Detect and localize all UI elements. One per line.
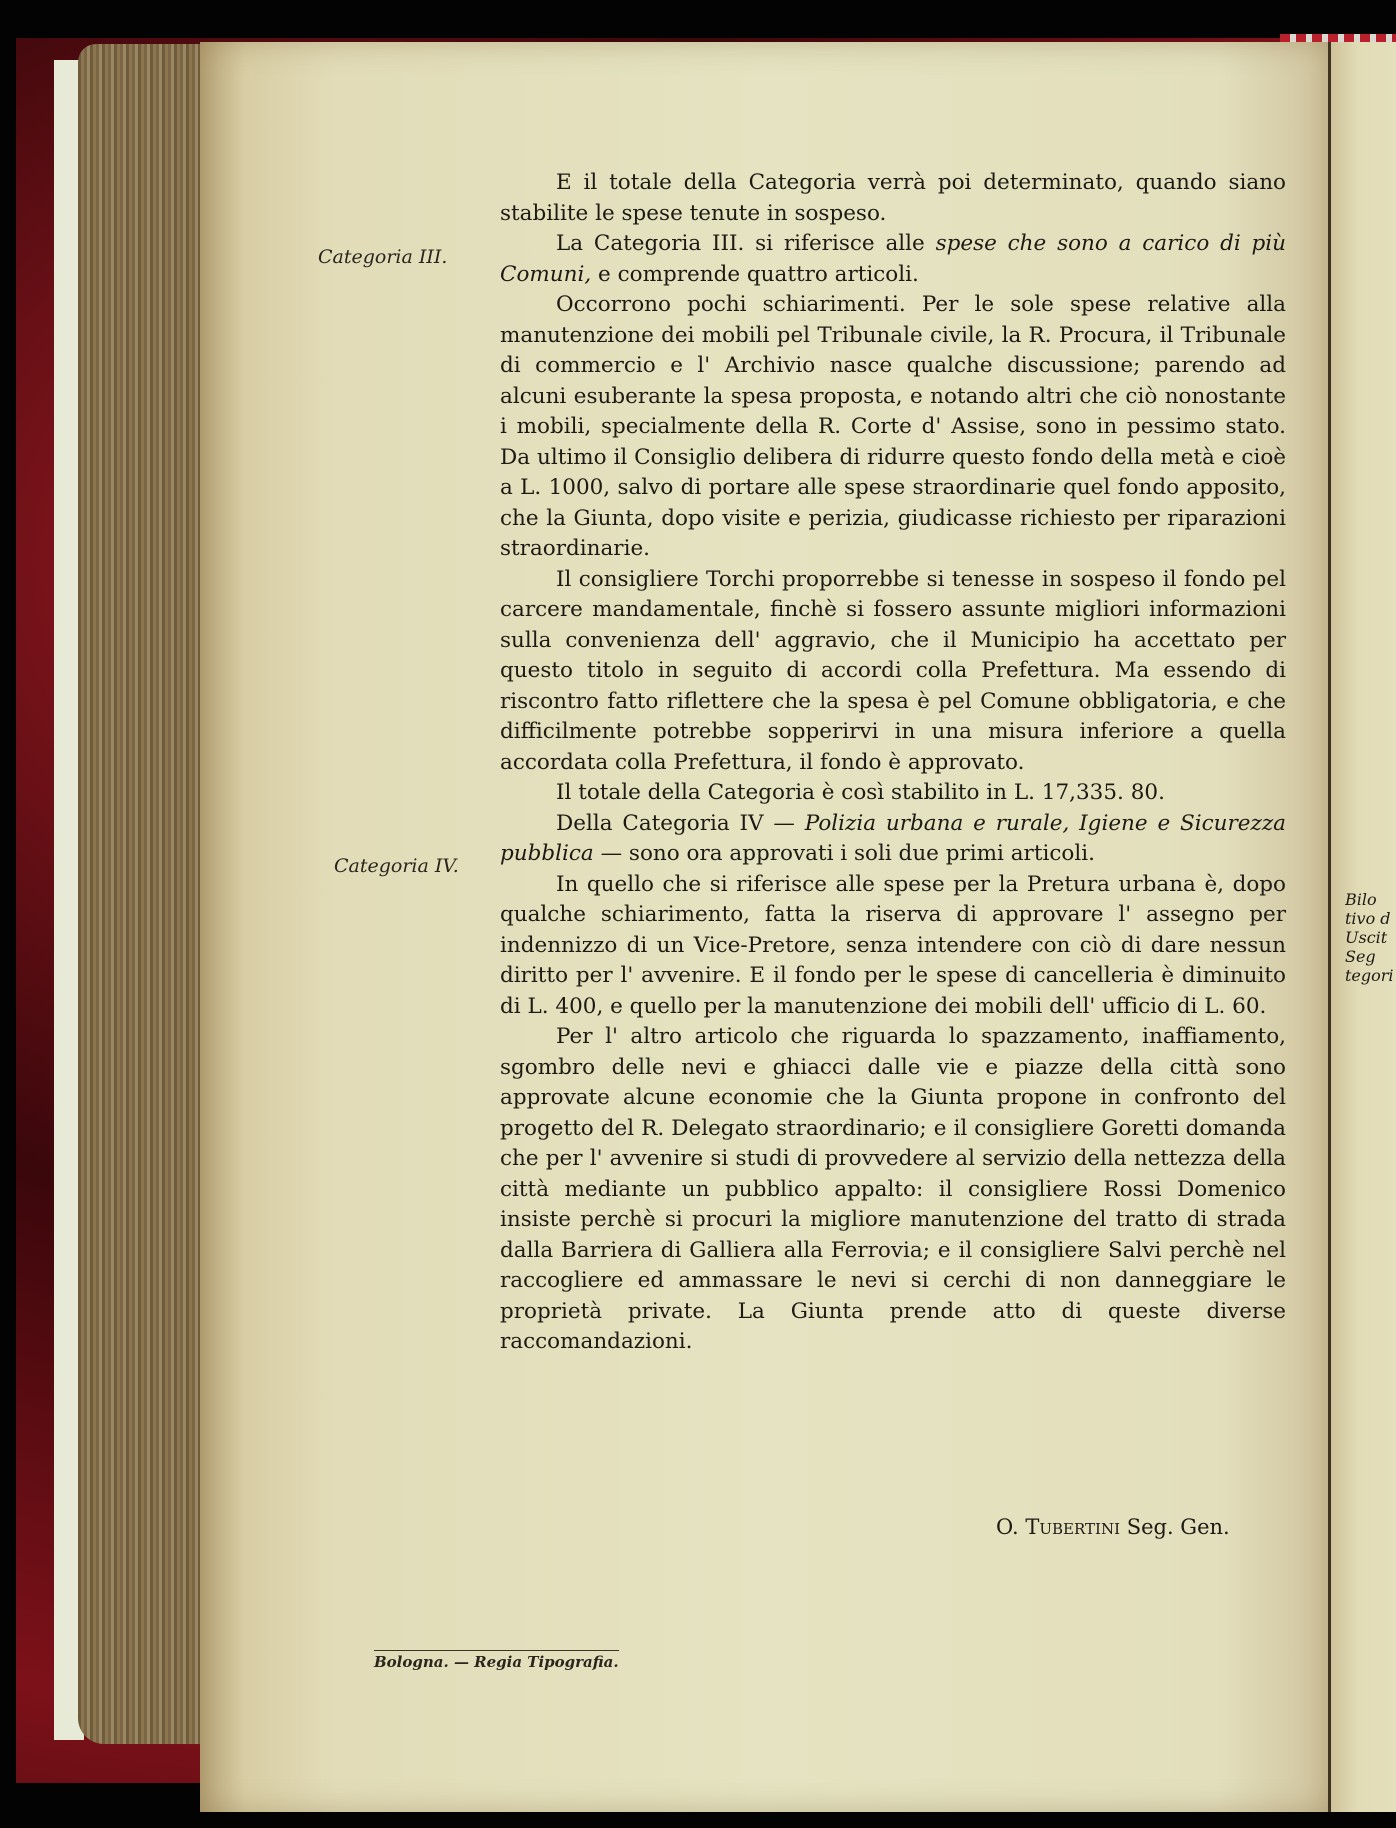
- page-edges: [78, 44, 208, 1744]
- paragraph-torchi: Il consigliere Torchi proporrebbe si ten…: [500, 565, 1286, 779]
- right-page-margin-note: Bilo tivo d Uscit Seg tegori: [1345, 890, 1396, 985]
- paragraph-totale-categoria: Il totale della Categoria è così stabili…: [500, 778, 1286, 809]
- body-text-block-1: E il totale della Categoria verrà poi de…: [500, 168, 1286, 1358]
- paragraph-categoria-iv: Della Categoria IV — Polizia urbana e ru…: [500, 809, 1286, 870]
- paragraph-schiarimenti: Occorrono pochi schiarimenti. Per le sol…: [500, 290, 1286, 565]
- paragraph-pretura: In quello che si riferisce alle spese pe…: [500, 870, 1286, 1023]
- paragraph-categoria-iii: La Categoria III. si riferisce alle spes…: [500, 229, 1286, 290]
- margin-note-categoria-iv: Categoria IV.: [334, 855, 459, 877]
- printer-footer: Bologna. — Regia Tipografia.: [374, 1650, 619, 1671]
- signature: O. Tubertini Seg. Gen.: [996, 1515, 1230, 1539]
- margin-note-categoria-iii: Categoria III.: [318, 246, 447, 268]
- paragraph-total-pending: E il totale della Categoria verrà poi de…: [500, 168, 1286, 229]
- paragraph-spazzamento: Per l' altro articolo che riguarda lo sp…: [500, 1022, 1286, 1358]
